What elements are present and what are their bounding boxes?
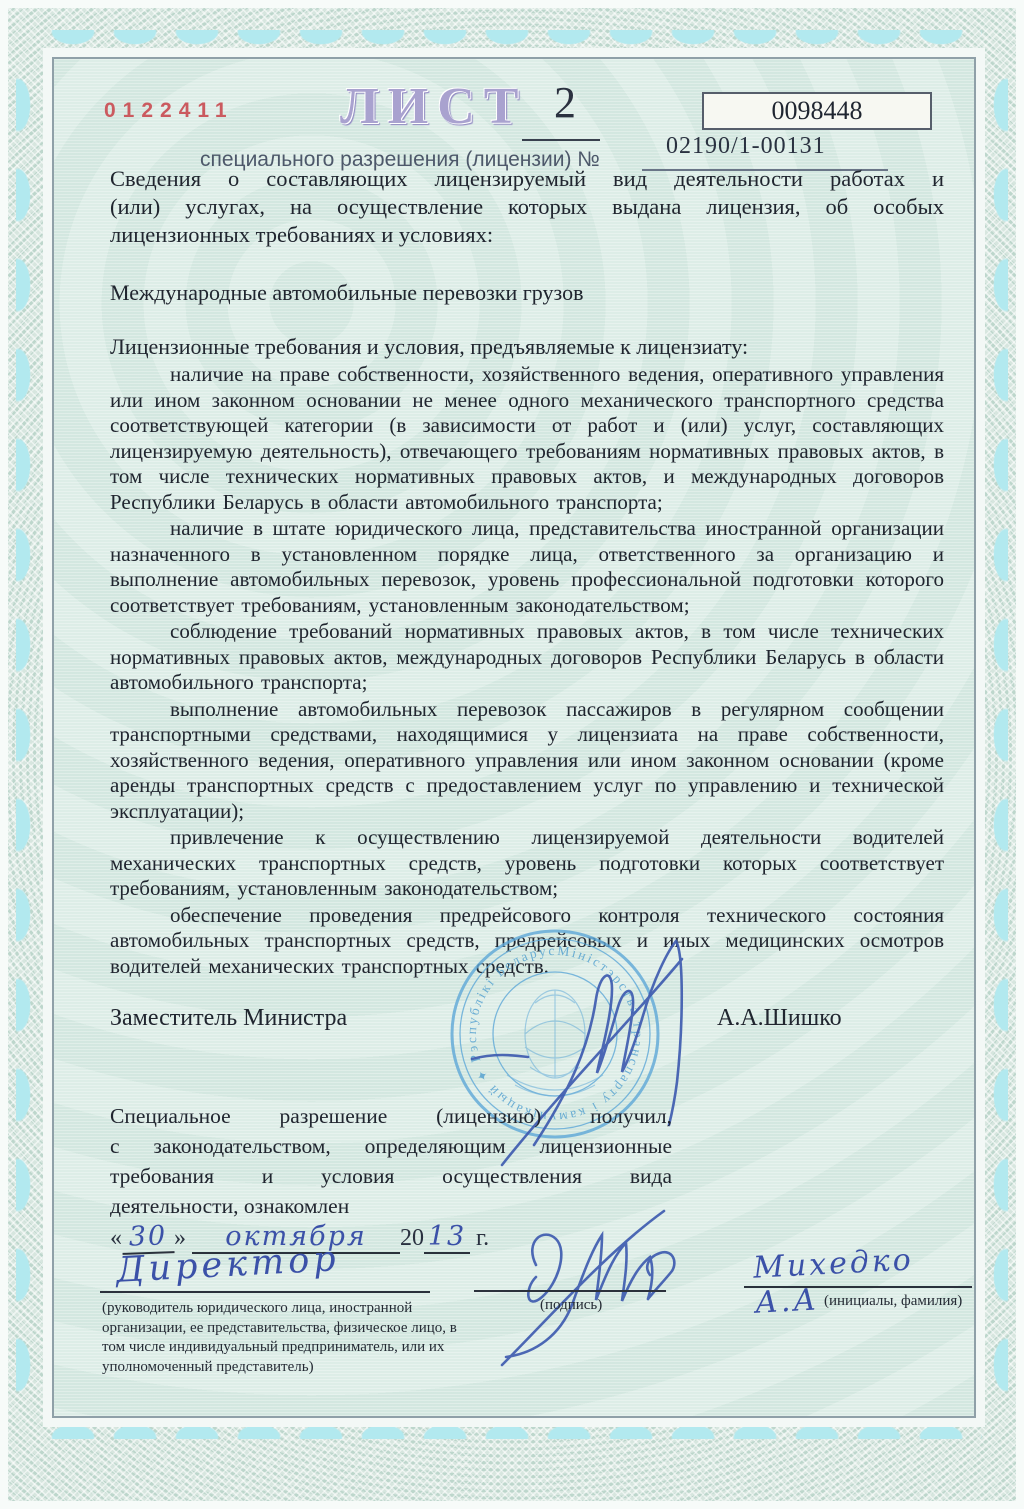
- form-serial-number: 0122411: [104, 99, 234, 123]
- requirement-paragraph: выполнение автомобильных перевозок пасса…: [110, 697, 944, 825]
- sheet-title: ЛИСТ: [340, 77, 527, 136]
- name-line: [744, 1286, 972, 1288]
- sheet-number: 2: [554, 77, 576, 128]
- sheet-number-underline: [522, 139, 600, 141]
- text-line: лицензионных требованиях и условиях:: [110, 221, 944, 249]
- text-line: Специальное разрешение (лицензию) получи…: [110, 1101, 672, 1131]
- text-line: требования и условия осуществления вида: [110, 1161, 672, 1191]
- text-line: (или) услугах, на осуществление которых …: [110, 193, 944, 221]
- year-prefix: 20: [400, 1225, 424, 1251]
- received-paragraph: Специальное разрешение (лицензию) получи…: [110, 1101, 672, 1221]
- license-sheet-page: 0122411 ЛИСТ 2 0098448 02190/1-00131 спе…: [0, 0, 1024, 1509]
- intro-paragraph: Сведения о составляющих лицензируемый ви…: [110, 165, 944, 249]
- blank-number: 0098448: [772, 96, 863, 125]
- signature-line: [474, 1290, 666, 1292]
- official-title: Заместитель Министра: [110, 1005, 347, 1031]
- blank-number-box: 0098448: [702, 92, 932, 130]
- requirements-heading: Лицензионные требования и условия, предъ…: [110, 333, 944, 361]
- requirement-paragraph: привлечение к осуществлению лицензируемо…: [110, 825, 944, 902]
- text-line: Сведения о составляющих лицензируемый ви…: [110, 165, 944, 193]
- requirement-paragraph: наличие на праве собственности, хозяйств…: [110, 362, 944, 515]
- licensed-activity: Международные автомобильные перевозки гр…: [110, 279, 944, 307]
- requirement-paragraph: соблюдение требований нормативных правов…: [110, 619, 944, 696]
- position-caption: (руководитель юридического лица, иностра…: [102, 1299, 468, 1377]
- position-line: [100, 1291, 430, 1293]
- document-body: 0122411 ЛИСТ 2 0098448 02190/1-00131 спе…: [52, 57, 976, 1418]
- requirement-paragraph: наличие в штате юридического лица, предс…: [110, 516, 944, 618]
- open-quote: «: [110, 1225, 122, 1251]
- text-line: с законодательством, определяющим лиценз…: [110, 1131, 672, 1161]
- name-caption: (инициалы, фамилия): [824, 1292, 962, 1312]
- license-number: 02190/1-00131: [666, 133, 826, 160]
- signature-caption: (подпись): [540, 1296, 602, 1316]
- main-text: Сведения о составляющих лицензируемый ви…: [110, 165, 944, 979]
- coat-of-arms: [507, 990, 603, 1096]
